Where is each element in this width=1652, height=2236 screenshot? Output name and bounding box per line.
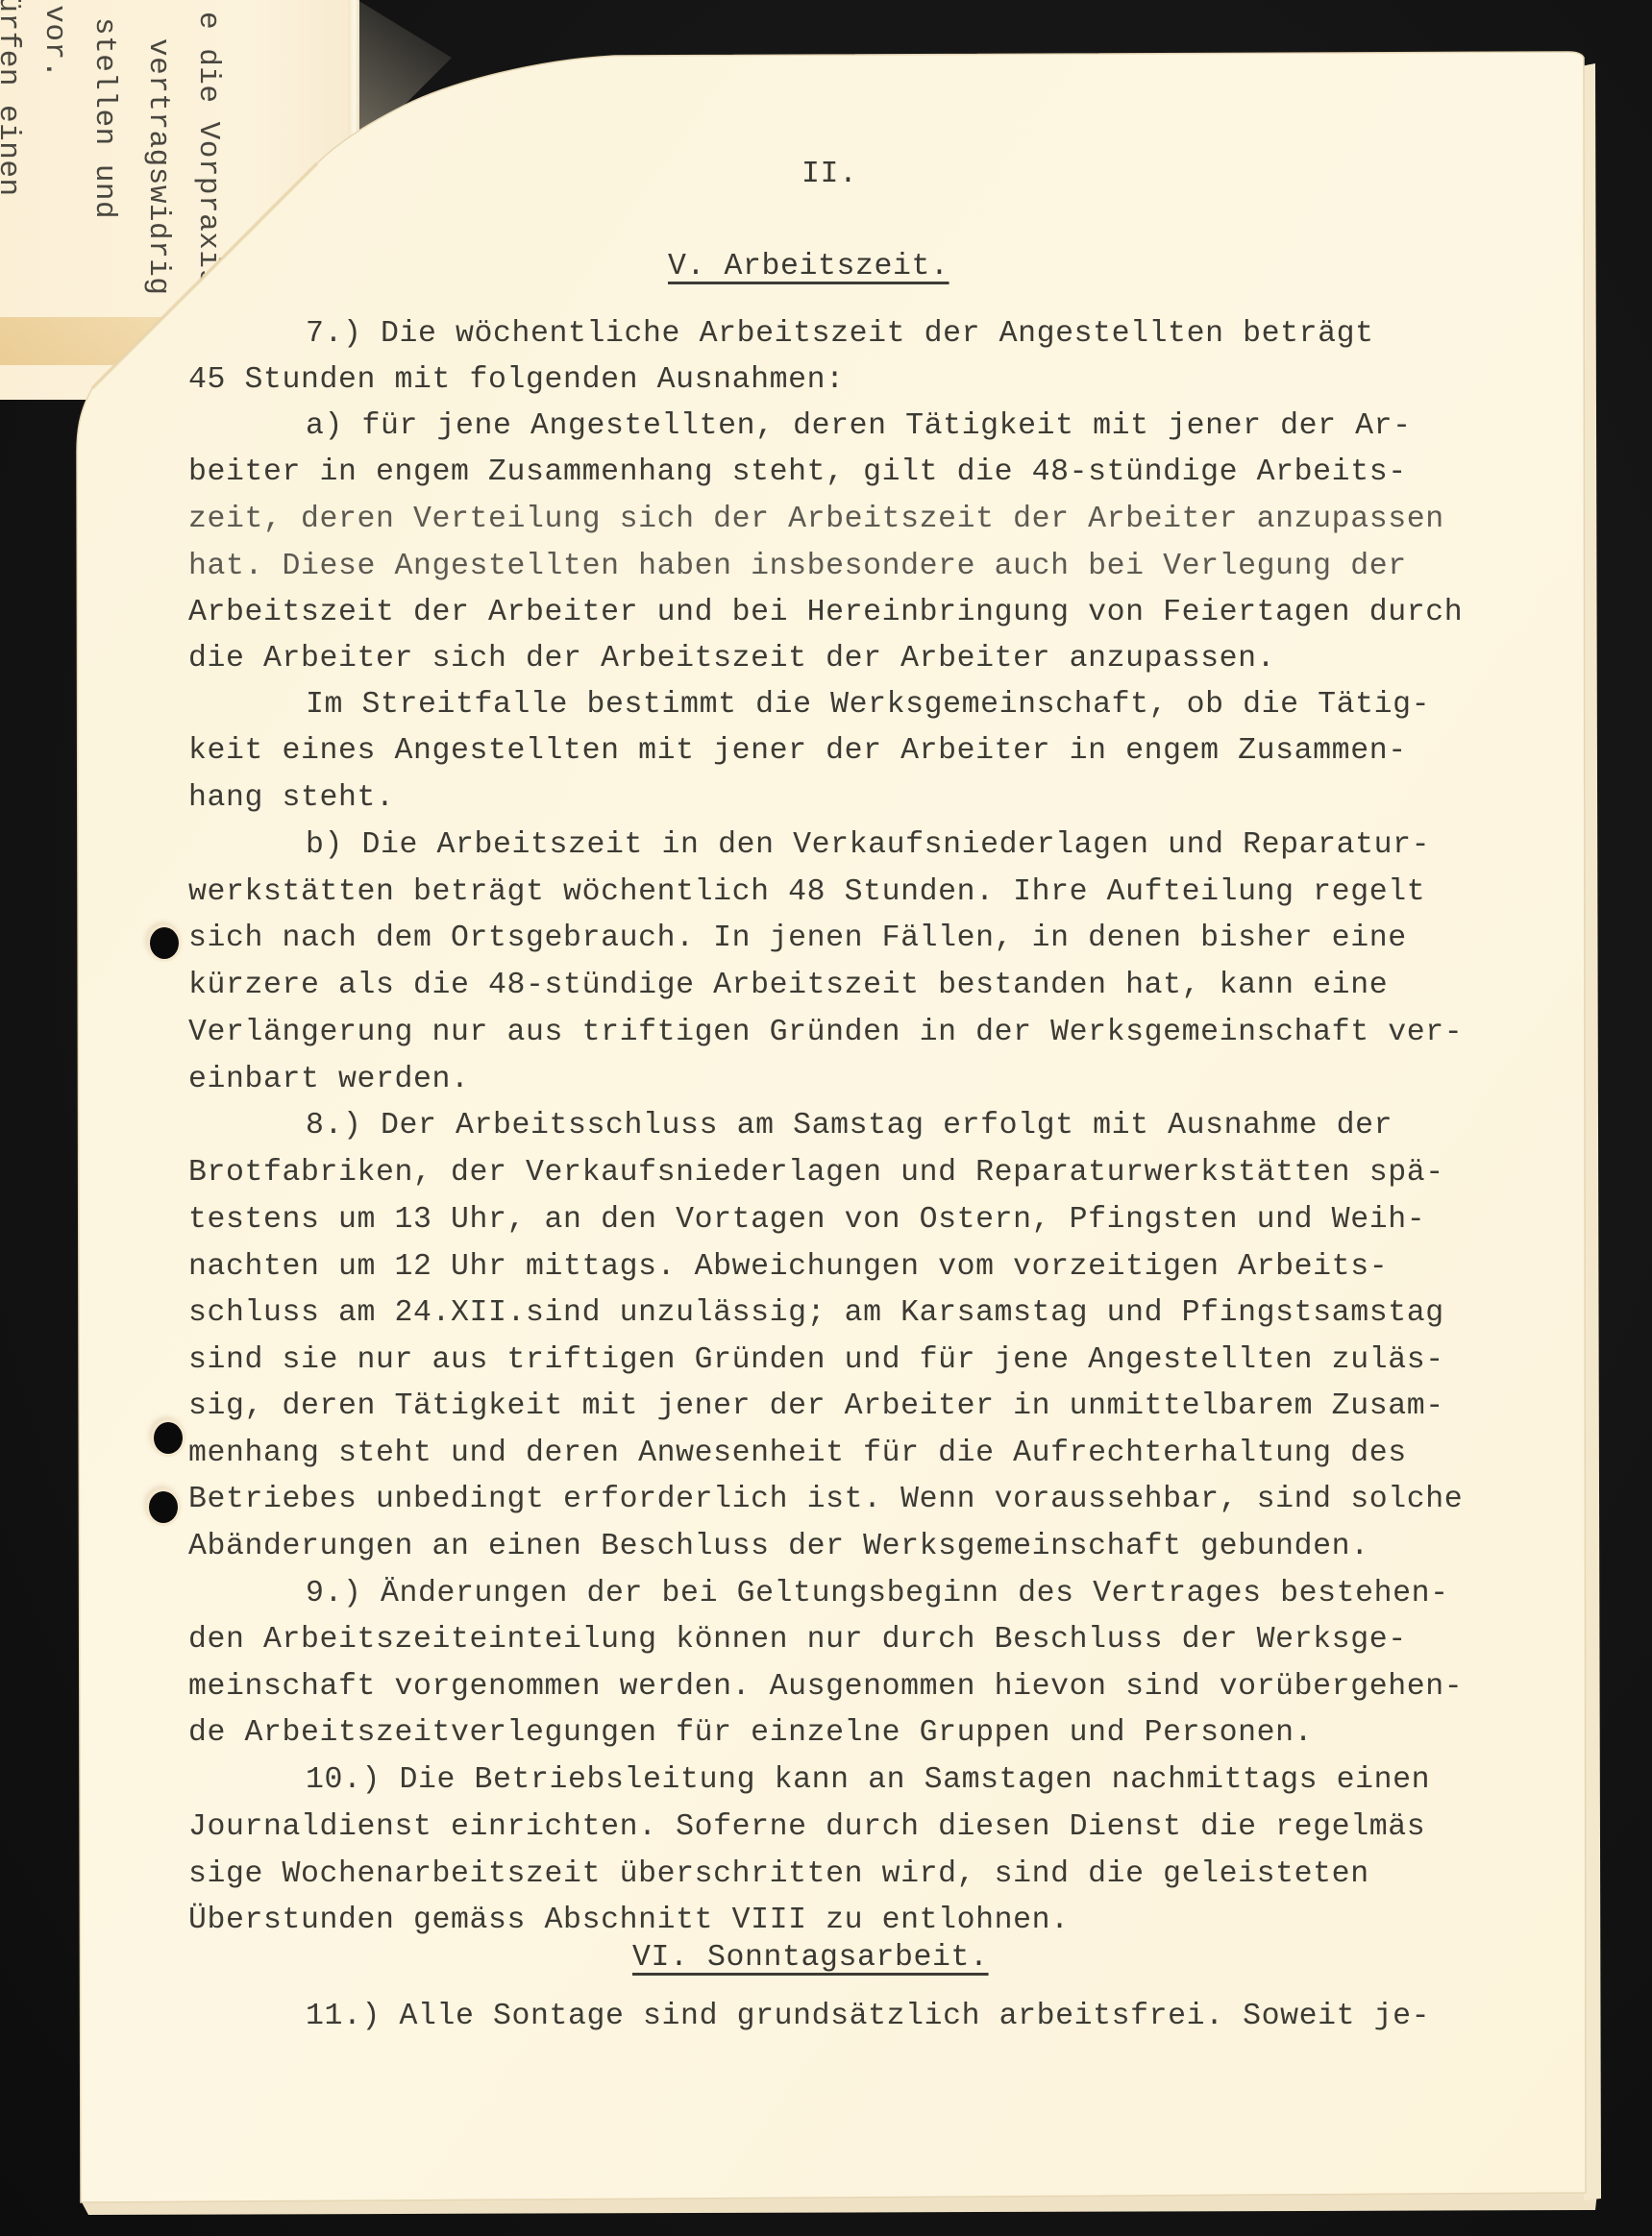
text-line: werkstätten beträgt wöchentlich 48 Stund…: [188, 877, 1425, 908]
text-line: 9.) Änderungen der bei Geltungsbeginn de…: [306, 1579, 1449, 1609]
text-line: schluss am 24.XII.sind unzulässig; am Ka…: [188, 1298, 1444, 1329]
text-line: sind sie nur aus triftigen Gründen und f…: [188, 1345, 1444, 1376]
text-line: de Arbeitszeitverlegungen für einzelne G…: [188, 1718, 1313, 1749]
text-line: a) für jene Angestellten, deren Tätigkei…: [306, 411, 1412, 442]
section-heading-arbeitszeit: V. Arbeitszeit.: [668, 252, 949, 283]
text-line: kürzere als die 48-stündige Arbeitszeit …: [188, 971, 1388, 1001]
document-page: II. V. Arbeitszeit. 7.) Die wöchentliche…: [0, 0, 1652, 2236]
punch-hole: [154, 1422, 183, 1454]
text-line: die Arbeiter sich der Arbeitszeit der Ar…: [188, 644, 1275, 675]
text-line: Betriebes unbedingt erforderlich ist. We…: [188, 1485, 1463, 1515]
punch-hole: [149, 1491, 178, 1523]
text-line: sige Wochenarbeitszeit überschritten wir…: [188, 1859, 1369, 1890]
text-line: Arbeitszeit der Arbeiter und bei Hereinb…: [188, 598, 1463, 628]
text-line: Brotfabriken, der Verkaufsniederlagen un…: [188, 1158, 1444, 1189]
text-line: meinschaft vorgenommen werden. Ausgenomm…: [188, 1672, 1463, 1703]
text-line: nachten um 12 Uhr mittags. Abweichungen …: [188, 1252, 1388, 1283]
punch-hole: [150, 927, 179, 959]
text-line: menhang steht und deren Anwesenheit für …: [188, 1438, 1407, 1469]
text-line: den Arbeitszeiteinteilung können nur dur…: [188, 1625, 1407, 1656]
text-line: zeit, deren Verteilung sich der Arbeitsz…: [188, 504, 1444, 535]
document-photo: e die Vorpraxis, vertragswidrig stellen …: [0, 0, 1652, 2236]
text-line: 11.) Alle Sontage sind grundsätzlich arb…: [306, 2002, 1430, 2032]
text-line: 45 Stunden mit folgenden Ausnahmen:: [188, 365, 845, 396]
text-line: hang steht.: [188, 783, 395, 814]
text-line: 10.) Die Betriebsleitung kann an Samstag…: [306, 1765, 1430, 1796]
text-line: b) Die Arbeitszeit in den Verkaufsnieder…: [306, 830, 1430, 861]
text-line: 7.) Die wöchentliche Arbeitszeit der Ang…: [306, 319, 1374, 350]
text-line: keit eines Angestellten mit jener der Ar…: [188, 736, 1407, 767]
text-line: Journaldienst einrichten. Soferne durch …: [188, 1812, 1425, 1843]
section-heading-sonntagsarbeit: VI. Sonntagsarbeit.: [632, 1943, 989, 1974]
text-line: Verlängerung nur aus triftigen Gründen i…: [188, 1018, 1463, 1048]
text-line: beiter in engem Zusammenhang steht, gilt…: [188, 457, 1407, 488]
text-line: sig, deren Tätigkeit mit jener der Arbei…: [188, 1391, 1444, 1422]
text-line: hat. Diese Angestellten haben insbesonde…: [188, 552, 1407, 582]
text-line: einbart werden.: [188, 1065, 470, 1095]
text-line: Abänderungen an einen Beschluss der Werk…: [188, 1532, 1369, 1562]
text-line: Im Streitfalle bestimmt die Werksgemeins…: [306, 690, 1430, 721]
page-number: II.: [801, 160, 858, 190]
text-line: Überstunden gemäss Abschnitt VIII zu ent…: [188, 1905, 1070, 1936]
text-line: testens um 13 Uhr, an den Vortagen von O…: [188, 1205, 1425, 1236]
text-line: sich nach dem Ortsgebrauch. In jenen Fäl…: [188, 923, 1407, 954]
text-line: 8.) Der Arbeitsschluss am Samstag erfolg…: [306, 1111, 1393, 1142]
